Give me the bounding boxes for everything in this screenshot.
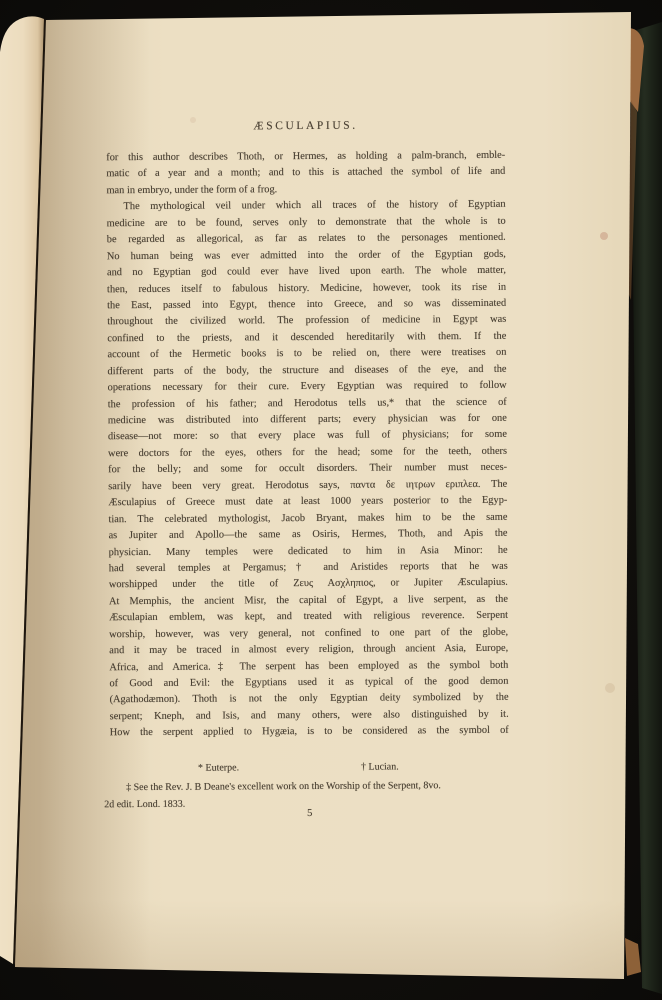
page-title: ÆSCULAPIUS. [106,119,505,133]
body-line: operations necessary for their cure. Eve… [108,378,507,397]
body-line: Æsculapian emblem, was kept, and treated… [109,608,508,627]
book-page: ÆSCULAPIUS. for this author describes Th… [106,117,509,839]
body-text: for this author describes Thoth, or Herm… [106,148,509,742]
body-line: How the serpent applied to Hygæia, is to… [110,723,509,742]
body-line: matic of a year and a month; and to this… [106,164,505,183]
footnote-euterpe: * Euterpe. [198,762,239,773]
body-line: Æsculapius of Greece must date at least … [108,493,507,512]
footnotes: * Euterpe. † Lucian. ‡ See the Rev. J. B… [110,761,509,814]
body-line: and no Egyptian god could ever have live… [107,263,506,282]
body-line: account of the Hermetic books is to be r… [107,345,506,364]
footnote-row: * Euterpe. † Lucian. [110,761,509,780]
body-line: as Jupiter and Apollo—the same as Osiris… [109,526,508,545]
footnote-lucian: † Lucian. [361,761,399,772]
body-line: and it may be traced in almost every rel… [109,641,508,660]
page-number: 5 [110,807,509,820]
body-line: be regarded as allegorical, as far as re… [107,230,506,249]
book-photo: ÆSCULAPIUS. for this author describes Th… [0,0,662,1000]
